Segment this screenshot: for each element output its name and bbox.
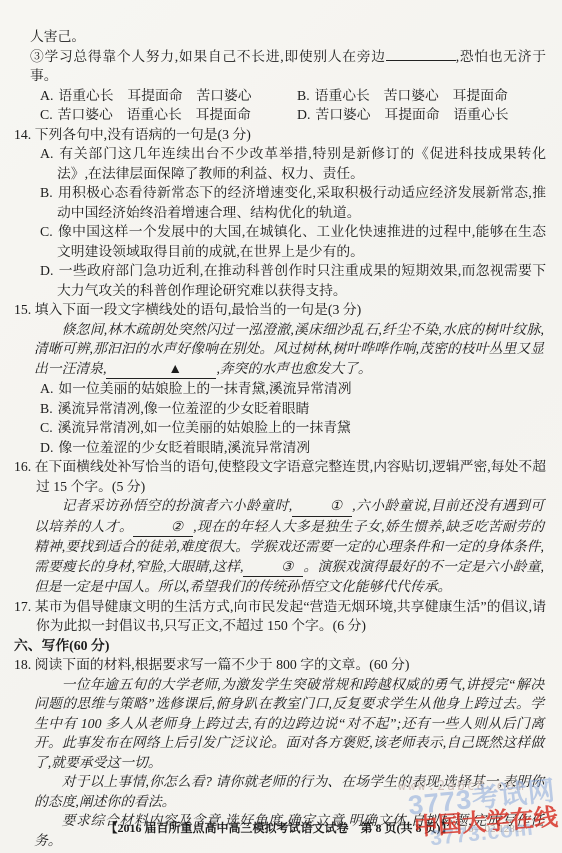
option-text: 苦口婆心 耳提面命 语重心长 bbox=[315, 107, 508, 122]
blank-underline bbox=[386, 48, 456, 61]
option-a: A.如一位美丽的姑娘脸上的一抹青黛,溪流异常清冽 bbox=[40, 379, 546, 399]
option-text: 语重心长 苦口婆心 耳提面命 bbox=[315, 88, 508, 103]
option-label: D. bbox=[40, 440, 53, 455]
option-b: B.用积极心态看待新常态下的经济增速变化,采取积极行动适应经济发展新常态,推动中… bbox=[40, 183, 546, 222]
question-14-stem: 14. 下列各句中,没有语病的一句是(3 分) bbox=[14, 125, 546, 145]
option-d: D.像一位羞涩的少女眨着眼睛,溪流异常清冽 bbox=[40, 438, 546, 458]
question-13-options: A.语重心长 耳提面命 苦口婆心 B.语重心长 苦口婆心 耳提面命 C.苦口婆心… bbox=[40, 86, 546, 125]
option-text: 像一位羞涩的少女眨着眼睛,溪流异常清冽 bbox=[58, 440, 310, 455]
circled-number: ② bbox=[171, 519, 183, 534]
question-13-item3: ③学习总得靠个人努力,如果自己不长进,即使别人在旁边,恐怕也无济于事。 bbox=[30, 47, 546, 86]
option-c: C.苦口婆心 语重心长 耳提面命 bbox=[40, 105, 289, 125]
option-text: 溪流异常清冽,像一位羞涩的少女眨着眼睛 bbox=[58, 401, 310, 416]
exam-body: 人害己。 ③学习总得靠个人努力,如果自己不长进,即使别人在旁边,恐怕也无济于事。… bbox=[0, 0, 562, 850]
triangle-marker: ▲ bbox=[168, 361, 182, 376]
option-text: 一些政府部门急功近利,在推动科普创作时只注重成果的短期效果,而忽视需要下大力气攻… bbox=[57, 263, 546, 298]
fragment-tail-line: 人害己。 bbox=[30, 27, 546, 47]
option-label: A. bbox=[40, 146, 53, 161]
question-15-stem: 15. 填入下面一段文字横线处的语句,最恰当的一句是(3 分) bbox=[14, 300, 546, 320]
option-label: A. bbox=[40, 88, 53, 103]
option-text: 溪流异常清冽,如一位美丽的姑娘脸上的一抹青黛 bbox=[58, 420, 351, 435]
question-18-task: 对于以上事情,你怎么看? 请你就老师的行为、在场学生的表现,选择其一,表明你的态… bbox=[34, 772, 544, 811]
question-17-stem: 17. 某市为倡导健康文明的生活方式,向市民发起“营造无烟环境,共享健康生活”的… bbox=[14, 597, 546, 636]
option-text: 像中国这样一个发展中的大国,在城镇化、工业化快速推进的过程中,能够在生态文明建设… bbox=[57, 224, 546, 259]
blank-triangle: ▲ bbox=[106, 359, 216, 380]
option-d: D.一些政府部门急功近利,在推动科普创作时只注重成果的短期效果,而忽视需要下大力… bbox=[40, 261, 546, 300]
page-footer: 【2016 届百所重点高中高三模拟考试语文试卷 第 8 页(共 8 页)】16—… bbox=[0, 819, 562, 840]
option-label: C. bbox=[40, 420, 53, 435]
option-text: 用积极心态看待新常态下的经济增速变化,采取积极行动适应经济发展新常态,推动中国经… bbox=[57, 185, 546, 220]
option-label: D. bbox=[40, 263, 53, 278]
option-b: B.溪流异常清冽,像一位羞涩的少女眨着眼睛 bbox=[40, 399, 546, 419]
passage-text: ,奔突的水声也愈发大了。 bbox=[216, 361, 371, 376]
section-6-heading: 六、写作(60 分) bbox=[14, 636, 546, 656]
option-a: A.语重心长 耳提面命 苦口婆心 bbox=[40, 86, 289, 106]
option-label: C. bbox=[40, 107, 53, 122]
option-c: C.像中国这样一个发展中的大国,在城镇化、工业化快速推进的过程中,能够在生态文明… bbox=[40, 222, 546, 261]
blank-circled-2: ② bbox=[133, 517, 193, 538]
question-15-passage: 倏忽间,林木疏朗处突然闪过一泓澄澈,溪床细沙乱石,纤尘不染,水底的树叶纹脉,清晰… bbox=[34, 320, 544, 380]
option-d: D.苦口婆心 耳提面命 语重心长 bbox=[297, 105, 546, 125]
passage-text: 记者采访孙悟空的扮演者六小龄童时, bbox=[62, 498, 293, 513]
option-label: C. bbox=[40, 224, 53, 239]
circled-number: ③ bbox=[281, 559, 293, 574]
exam-page: 人害己。 ③学习总得靠个人努力,如果自己不长进,即使别人在旁边,恐怕也无济于事。… bbox=[0, 0, 562, 853]
option-a: A.有关部门这几年连续出台不少改革举措,特别是新修订的《促进科技成果转化法》,在… bbox=[40, 144, 546, 183]
question-18-material: 一位年逾五旬的大学老师,为激发学生突破常规和跨越权威的勇气,讲授完“解决问题的思… bbox=[34, 675, 544, 773]
option-text: 如一位美丽的姑娘脸上的一抹青黛,溪流异常清冽 bbox=[58, 381, 351, 396]
option-label: B. bbox=[40, 401, 53, 416]
question-14-options: A.有关部门这几年连续出台不少改革举措,特别是新修订的《促进科技成果转化法》,在… bbox=[40, 144, 546, 300]
blank-circled-3: ③ bbox=[243, 557, 303, 578]
option-label: D. bbox=[297, 107, 310, 122]
blank-circled-1: ① bbox=[292, 496, 352, 517]
option-text: 有关部门这几年连续出台不少改革举措,特别是新修订的《促进科技成果转化法》,在法律… bbox=[57, 146, 546, 181]
footer-text: 【2016 届百所重点高中高三模拟考试语文试卷 第 8 页(共 8 页)】 bbox=[106, 821, 453, 835]
circled-number: ① bbox=[330, 498, 342, 513]
option-c: C.溪流异常清冽,如一位美丽的姑娘脸上的一抹青黛 bbox=[40, 418, 546, 438]
option-label: B. bbox=[297, 88, 310, 103]
option-label: A. bbox=[40, 381, 53, 396]
option-label: B. bbox=[40, 185, 53, 200]
option-b: B.语重心长 苦口婆心 耳提面命 bbox=[297, 86, 546, 106]
paper-code: 16—02 128C · bbox=[463, 823, 529, 835]
question-16-stem: 16. 在下面横线处补写恰当的语句,使整段文字语意完整连贯,内容贴切,逻辑严密,… bbox=[14, 457, 546, 496]
option-text: 苦口婆心 语重心长 耳提面命 bbox=[58, 107, 251, 122]
option-text: 语重心长 耳提面命 苦口婆心 bbox=[58, 88, 251, 103]
question-15-options: A.如一位美丽的姑娘脸上的一抹青黛,溪流异常清冽 B.溪流异常清冽,像一位羞涩的… bbox=[40, 379, 546, 457]
fragment-text: 人害己。 bbox=[30, 29, 85, 44]
question-16-passage: 记者采访孙悟空的扮演者六小龄童时,①,六小龄童说,目前还没有遇到可以培养的人才。… bbox=[34, 496, 544, 597]
q13-pre-text: ③学习总得靠个人努力,如果自己不长进,即使别人在旁边 bbox=[30, 49, 386, 64]
question-18-stem: 18. 阅读下面的材料,根据要求写一篇不少于 800 字的文章。(60 分) bbox=[14, 655, 546, 675]
